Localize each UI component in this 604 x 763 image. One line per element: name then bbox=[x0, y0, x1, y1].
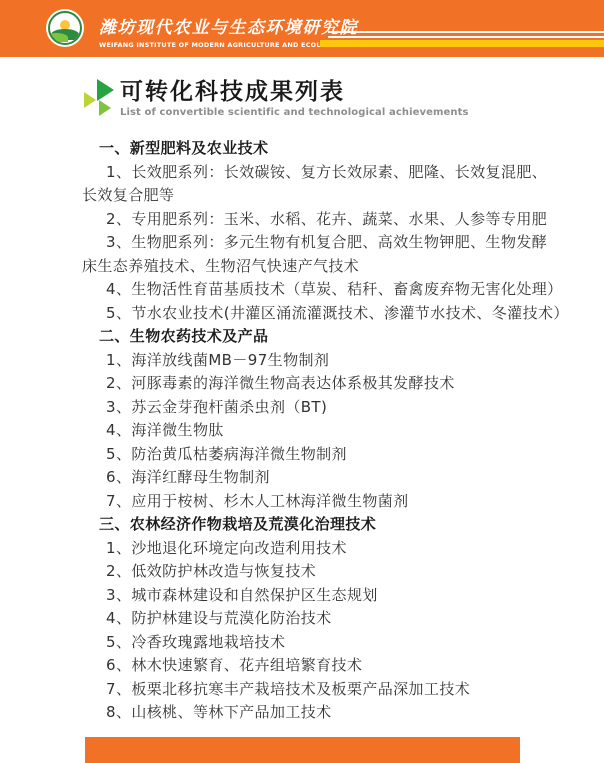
arrow-triangle-mid bbox=[99, 100, 111, 116]
list-line: 床生态养殖技术、生物沼气快速产气技术 bbox=[82, 255, 560, 279]
institute-emblem-icon bbox=[46, 9, 84, 47]
list-line: 4、生物活性育苗基质技术（草炭、秸秆、畜禽废弃物无害化处理） bbox=[82, 278, 560, 302]
page: 潍坊现代农业与生态环境研究院 WEIFANG INSTITUTE OF MODE… bbox=[0, 0, 604, 763]
list-line: 6、林木快速繁育、花卉组培繁育技术 bbox=[82, 654, 560, 678]
section-heading: 二、生物农药技术及产品 bbox=[82, 325, 560, 349]
section-heading: 一、新型肥料及农业技术 bbox=[82, 137, 560, 161]
emblem-ring bbox=[48, 11, 82, 45]
section-heading: 三、农林经济作物栽培及荒漠化治理技术 bbox=[82, 513, 560, 537]
footer-bar bbox=[85, 737, 520, 763]
list-line: 1、沙地退化环境定向改造利用技术 bbox=[82, 537, 560, 561]
list-line: 2、低效防护林改造与恢复技术 bbox=[82, 560, 560, 584]
header-stripes bbox=[328, 0, 604, 57]
page-subtitle: List of convertible scientific and techn… bbox=[120, 107, 469, 118]
list-line: 1、海洋放线菌MB－97生物制剂 bbox=[82, 349, 560, 373]
list-line: 2、专用肥系列：玉米、水稻、花卉、蔬菜、水果、人参等专用肥 bbox=[82, 208, 560, 232]
arrow-triangle-light bbox=[84, 92, 96, 108]
list-line: 7、板栗北移抗寒丰产栽培技术及板栗产品深加工技术 bbox=[82, 678, 560, 702]
list-line: 3、苏云金芽孢杆菌杀虫剂（BT) bbox=[82, 396, 560, 420]
achievement-list: 一、新型肥料及农业技术1、长效肥系列：长效碳铵、复方长效尿素、肥隆、长效复混肥、… bbox=[82, 137, 560, 725]
stripe-white-1 bbox=[328, 31, 604, 33]
green-play-arrows-icon bbox=[84, 79, 120, 113]
emblem-hill2-icon bbox=[48, 33, 68, 42]
arrow-triangle-big bbox=[97, 79, 114, 101]
page-title: 可转化科技成果列表 bbox=[120, 79, 469, 105]
list-line: 5、节水农业技术(井灌区涌流灌溉技术、渗灌节水技术、冬灌技术） bbox=[82, 302, 560, 326]
stripe-yellow bbox=[320, 40, 604, 47]
list-line: 7、应用于桉树、杉木人工林海洋微生物菌剂 bbox=[82, 490, 560, 514]
list-line: 1、长效肥系列：长效碳铵、复方长效尿素、肥隆、长效复混肥、 bbox=[82, 161, 560, 185]
list-line: 3、生物肥系列：多元生物有机复合肥、高效生物钾肥、生物发酵 bbox=[82, 231, 560, 255]
stripe-white-2 bbox=[328, 36, 604, 38]
list-line: 长效复合肥等 bbox=[82, 184, 560, 208]
list-line: 6、海洋红酵母生物制剂 bbox=[82, 466, 560, 490]
list-line: 4、海洋微生物肽 bbox=[82, 419, 560, 443]
title-block: 可转化科技成果列表 List of convertible scientific… bbox=[84, 79, 469, 118]
list-line: 5、防治黄瓜枯萎病海洋微生物制剂 bbox=[82, 443, 560, 467]
list-line: 5、冷香玫瑰露地栽培技术 bbox=[82, 631, 560, 655]
list-line: 2、河豚毒素的海洋微生物高表达体系极其发酵技术 bbox=[82, 372, 560, 396]
list-line: 3、城市森林建设和自然保护区生态规划 bbox=[82, 584, 560, 608]
header-band: 潍坊现代农业与生态环境研究院 WEIFANG INSTITUTE OF MODE… bbox=[0, 0, 604, 57]
list-line: 4、防护林建设与荒漠化防治技术 bbox=[82, 607, 560, 631]
list-line: 8、山核桃、等林下产品加工技术 bbox=[82, 701, 560, 725]
